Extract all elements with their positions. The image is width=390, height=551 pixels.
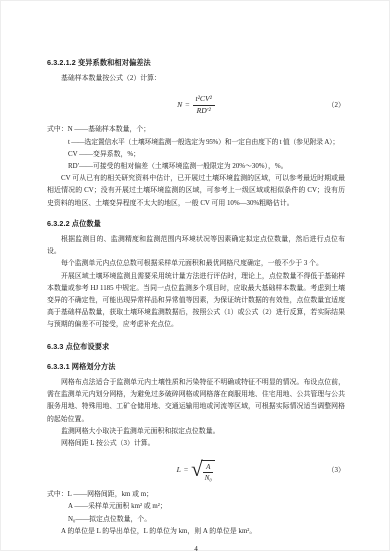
formula-2: N = t²CV² RD′² bbox=[177, 95, 215, 115]
definition-text: RD′——可接受的相对偏差（土壤环境监测一般限定为 20%～30%），%。 bbox=[68, 163, 288, 170]
equation-2-row: N = t²CV² RD′² （2） bbox=[47, 90, 345, 120]
definition-list-formula2: 式中：N ——基础样本数量，个； t ——选定置信水平（土壤环境监测一般选定为 … bbox=[47, 124, 345, 173]
formula-3-denominator: N₀ bbox=[203, 473, 213, 482]
definition-item: RD′——可接受的相对偏差（土壤环境监测一般限定为 20%～30%），%。 bbox=[47, 161, 345, 173]
paragraph-unit-note: A 的单位是 L 的导出单位，L 的单位为 km，则 A 的单位是 km²。 bbox=[47, 526, 345, 538]
document-page: 6.3.2.1.2 变异系数和相对偏差法 基础样本数量按公式（2）计算： N =… bbox=[0, 0, 390, 551]
paragraph-point-count-1: 根据监测目的、监测精度和监测范围内环境状况等因素确定拟定点位数量，然后进行点位布… bbox=[47, 234, 345, 258]
definition-list-formula3: 式中：L ——网格间距，km 或 m； A ——采样单元面积 km² 或 m²；… bbox=[47, 489, 345, 526]
formula-2-denominator: RD′² bbox=[193, 106, 215, 116]
paragraph-formula3-intro: 网格间距 L 按公式（3）计算。 bbox=[47, 438, 345, 450]
definition-prefix: 式中： bbox=[47, 126, 68, 133]
equation-3-number: （3） bbox=[328, 464, 346, 476]
formula-3: L = √ A N₀ bbox=[177, 458, 216, 482]
equals-sign: = bbox=[185, 101, 189, 110]
definition-prefix: 式中： bbox=[47, 491, 68, 498]
paragraph-grid-method: 网格布点法适合于监测单元内土壤性质和污染特征不明确或特征不明显的情况。布设点位前… bbox=[47, 377, 345, 426]
formula-2-numerator: t²CV² bbox=[193, 95, 215, 106]
definition-item: A ——采样单元面积 km² 或 m²； bbox=[47, 501, 345, 513]
heading-6-3-3-1: 6.3.3.1 网格划分方法 bbox=[47, 361, 345, 373]
formula-3-radicand: A N₀ bbox=[201, 460, 215, 482]
formula-3-fraction: A N₀ bbox=[203, 463, 213, 482]
formula-3-lhs: L bbox=[177, 466, 181, 475]
equals-sign: = bbox=[184, 466, 188, 475]
definition-text: t ——选定置信水平（土壤环境监测一般选定为 95%）和一定自由度下的 t 值（… bbox=[68, 139, 339, 146]
paragraph-point-count-3: 开展区域土壤环境监测且需要采用统计量方法进行评估时，理论上，点位数量不得低于基础… bbox=[47, 271, 345, 332]
heading-6-3-2-2: 6.3.2.2 点位数量 bbox=[47, 218, 345, 230]
formula-3-numerator: A bbox=[203, 463, 213, 473]
formula-2-lhs: N bbox=[177, 101, 182, 110]
paragraph-formula2-intro: 基础样本数量按公式（2）计算： bbox=[47, 73, 345, 85]
equation-3-row: L = √ A N₀ （3） bbox=[47, 455, 345, 485]
definition-text: N ——基础样本数量，个； bbox=[68, 126, 151, 133]
definition-text: N₀——拟定点位数量，个。 bbox=[68, 516, 151, 523]
heading-6-3-3: 6.3.3 点位布设要求 bbox=[47, 341, 345, 353]
paragraph-grid-size: 监测网格大小取决于监测单元面积和拟定点位数量。 bbox=[47, 426, 345, 438]
page-number: 4 bbox=[47, 543, 345, 551]
definition-text: L ——网格间距，km 或 m； bbox=[68, 491, 153, 498]
definition-text: CV ——变异系数，%； bbox=[68, 151, 140, 158]
definition-item: N₀——拟定点位数量，个。 bbox=[47, 514, 345, 526]
heading-6-3-2-1-2: 6.3.2.1.2 变异系数和相对偏差法 bbox=[47, 57, 345, 69]
definition-item: t ——选定置信水平（土壤环境监测一般选定为 95%）和一定自由度下的 t 值（… bbox=[47, 137, 345, 149]
formula-2-fraction: t²CV² RD′² bbox=[193, 95, 215, 115]
definition-text: A ——采样单元面积 km² 或 m²； bbox=[68, 503, 167, 510]
definition-item: CV ——变异系数，%； bbox=[47, 149, 345, 161]
definition-item: 式中：L ——网格间距，km 或 m； bbox=[47, 489, 345, 501]
equation-2-number: （2） bbox=[328, 99, 346, 111]
definition-item: 式中：N ——基础样本数量，个； bbox=[47, 124, 345, 136]
paragraph-cv-estimate: CV 可从已有的相关研究资料中估计，已开展过土壤环境监测的区域，可以参考最近时期… bbox=[47, 173, 345, 210]
square-root: √ A N₀ bbox=[191, 458, 215, 482]
paragraph-point-count-2: 每个监测单元内点位总数可根据采样单元面积和最优网格尺度确定，一般不少于 3 个。 bbox=[47, 258, 345, 270]
